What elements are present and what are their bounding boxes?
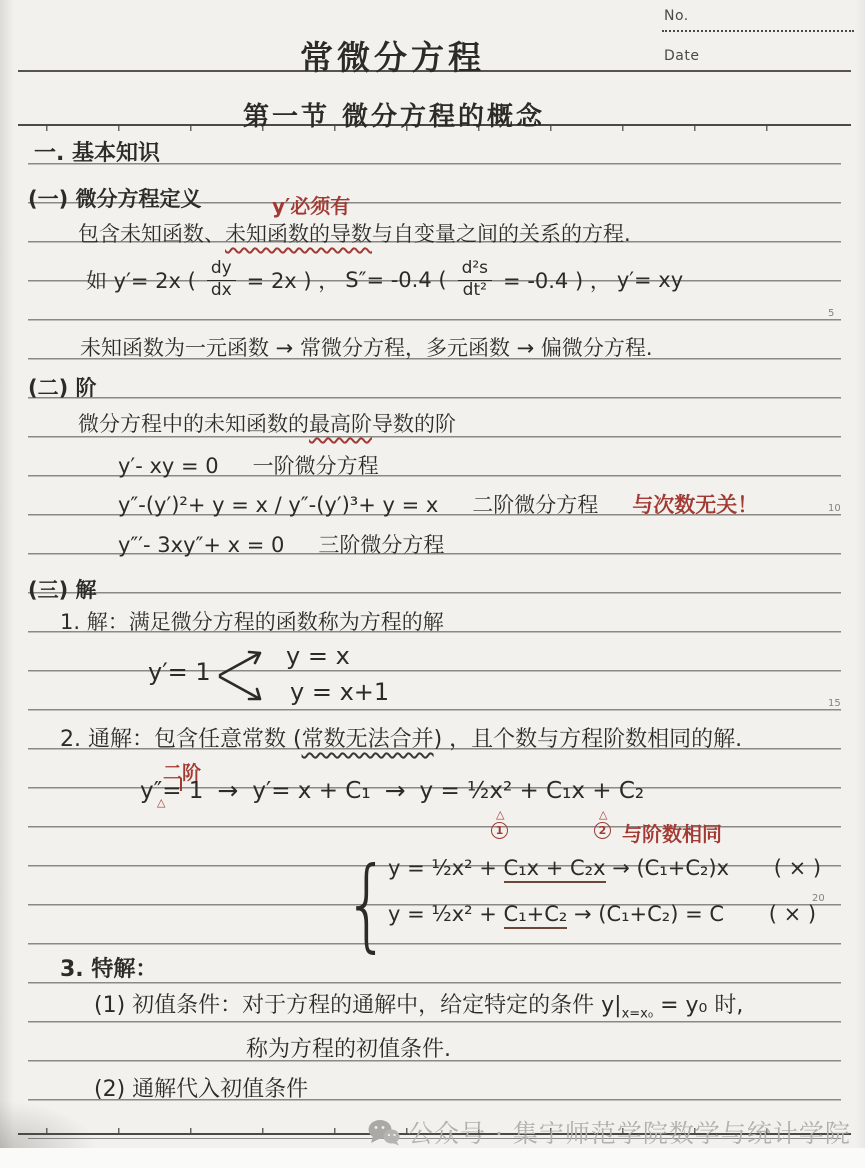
order-example-row: y′- xy = 0 一阶微分方程 [118, 450, 379, 480]
fraction-denominator: dx [211, 281, 232, 301]
general-post: ) ，且个数与方程阶数相同的解. [434, 727, 743, 752]
initial-condition-line-3: (2) 通解代入初值条件 [94, 1072, 308, 1103]
ic1-pre: (1) 初值条件：对于方程的通解中，给定特定的条件 y| [94, 993, 622, 1018]
order-def-post: 导数的阶 [372, 412, 456, 436]
watermark: 公众号 · 集宁师范学院数学与统计学院 [368, 1114, 851, 1150]
example-part: = -0.4 ) ， [503, 265, 611, 295]
order-example-row: y″-(y′)²+ y = x / y″-(y′)³+ y = x 二阶微分方程… [118, 489, 758, 519]
definition-wavy-red: 未知函数的导数 [225, 222, 372, 246]
red-annotation-degree-irrelevant: 与次数无关！ [632, 489, 758, 519]
example-part: y′= xy [617, 268, 683, 292]
page-title: 常微分方程 [300, 32, 485, 79]
red-triangle-marker: △ [599, 808, 607, 821]
order-definition-line: 微分方程中的未知函数的最高阶导数的阶 [78, 408, 456, 438]
heading-solution: (三) 解 [28, 574, 97, 604]
chain-eq: y′= x + C₁ [252, 778, 370, 804]
branch-bottom: y = x+1 [290, 678, 389, 706]
brace1-pre: y = ½x² + [388, 856, 497, 880]
heading-definition: (一) 微分方程定义 [28, 183, 202, 213]
order-def-pre: 微分方程中的未知函数的 [78, 412, 309, 436]
general-wavy: 常数无法合并 [302, 727, 434, 752]
initial-condition-line-1: (1) 初值条件：对于方程的通解中，给定特定的条件 y|x=x₀ = y₀ 时, [94, 988, 743, 1021]
branch-lhs: y′= 1 [148, 658, 211, 686]
branch-top: y = x [286, 642, 350, 670]
general-solution-chain: y″= 1 → y′= x + C₁ → y = ½x² + C₁x + C₂ [140, 776, 644, 805]
watermark-text: 公众号 · 集宁师范学院数学与统计学院 [408, 1114, 851, 1150]
wrong-mark: ( × ) [769, 902, 816, 926]
order-example-label: 二阶微分方程 [472, 489, 598, 519]
initial-condition-line-2: 称为方程的初值条件. [246, 1032, 451, 1063]
red-annotation-must-have: y′必须有 [272, 190, 350, 219]
order-example-formula: y″′- 3xy″+ x = 0 [118, 533, 284, 557]
ic1-subscript: x=x₀ [622, 1006, 654, 1021]
chain-eq: y″= 1 [140, 778, 203, 804]
red-circled-one: 1 [491, 822, 508, 839]
brace2-pre: y = ½x² + [388, 902, 497, 926]
brace-line-1: y = ½x² + C₁x + C₂x → (C₁+C₂)x ( × ) [388, 856, 821, 880]
no-dotted-line [662, 30, 854, 32]
definition-line: 包含未知函数、未知函数的导数与自变量之间的关系的方程. [78, 218, 631, 248]
right-arrow: → [381, 776, 410, 805]
notebook-page: No. Date 5 10 15 20 常微分方程 第一节 微分方程的概念 一.… [0, 0, 865, 1168]
no-label: No. [664, 8, 689, 24]
date-label: Date [664, 48, 699, 64]
branch-arrows [214, 644, 272, 708]
wrong-mark: ( × ) [774, 856, 821, 880]
curly-brace: { [344, 845, 390, 963]
brace2-underlined: C₁+C₂ [504, 902, 568, 929]
order-example-label: 一阶微分方程 [253, 450, 379, 480]
brace2-post: → (C₁+C₂) = C [574, 902, 724, 926]
heading-basic-knowledge: 一. 基本知识 [34, 136, 160, 167]
photo-bottom-edge [0, 1148, 865, 1168]
order-example-row: y″′- 3xy″+ x = 0 三阶微分方程 [118, 529, 444, 559]
chain-eq: y = ½x² + C₁x + C₂ [420, 778, 645, 804]
section-title: 第一节 微分方程的概念 [243, 96, 545, 133]
general-solution-definition: 2. 通解：包含任意常数 (常数无法合并) ，且个数与方程阶数相同的解. [60, 722, 742, 753]
definition-post: 与自变量之间的关系的方程. [372, 222, 631, 246]
example-part: S″= -0.4 ( [345, 268, 446, 292]
fraction-dy-dx: dy dx [207, 259, 236, 300]
fraction-denominator: dt² [463, 281, 487, 301]
brace1-underlined: C₁x + C₂x [504, 856, 606, 883]
red-circled-two: 2 [594, 822, 611, 839]
margin-line-number: 5 [828, 308, 834, 319]
order-example-formula: y′- xy = 0 [118, 454, 219, 478]
margin-line-number: 10 [828, 503, 841, 514]
margin-line-number: 15 [828, 698, 841, 709]
heading-order: (二) 阶 [28, 372, 97, 402]
brace1-post: → (C₁+C₂)x [612, 856, 729, 880]
example-part: 如 y′= 2x ( [86, 265, 196, 295]
brace-line-2: y = ½x² + C₁+C₂ → (C₁+C₂) = C ( × ) [388, 902, 816, 926]
order-def-wavy-red: 最高阶 [309, 412, 372, 436]
order-example-label: 三阶微分方程 [318, 529, 444, 559]
fraction-numerator: dy [207, 259, 236, 281]
order-example-formula: y″-(y′)²+ y = x / y″-(y′)³+ y = x [118, 493, 438, 517]
ic1-post: = y₀ 时, [660, 993, 743, 1018]
ode-pde-line: 未知函数为一元函数 → 常微分方程，多元函数 → 偏微分方程. [80, 332, 653, 362]
example-equations-line: 如 y′= 2x ( dy dx = 2x ) ， S″= -0.4 ( d²s… [86, 254, 683, 306]
right-arrow: → [213, 776, 242, 805]
red-triangle-marker: △ [496, 808, 504, 821]
general-pre: 2. 通解：包含任意常数 ( [60, 727, 302, 752]
fraction-numerator: d²s [458, 259, 492, 281]
heading-particular-solution: 3. 特解： [60, 952, 157, 983]
definition-pre: 包含未知函数、 [78, 222, 225, 246]
example-part: = 2x ) ， [247, 265, 340, 295]
wechat-icon [368, 1119, 400, 1146]
red-annotation-same-as-order: 与阶数相同 [622, 818, 722, 847]
branch-diagram: y′= 1 y = x y = x+1 [148, 642, 408, 714]
solution-definition: 1. 解：满足微分方程的函数称为方程的解 [60, 606, 444, 636]
fraction-d2s-dt2: d²s dt² [458, 259, 492, 300]
